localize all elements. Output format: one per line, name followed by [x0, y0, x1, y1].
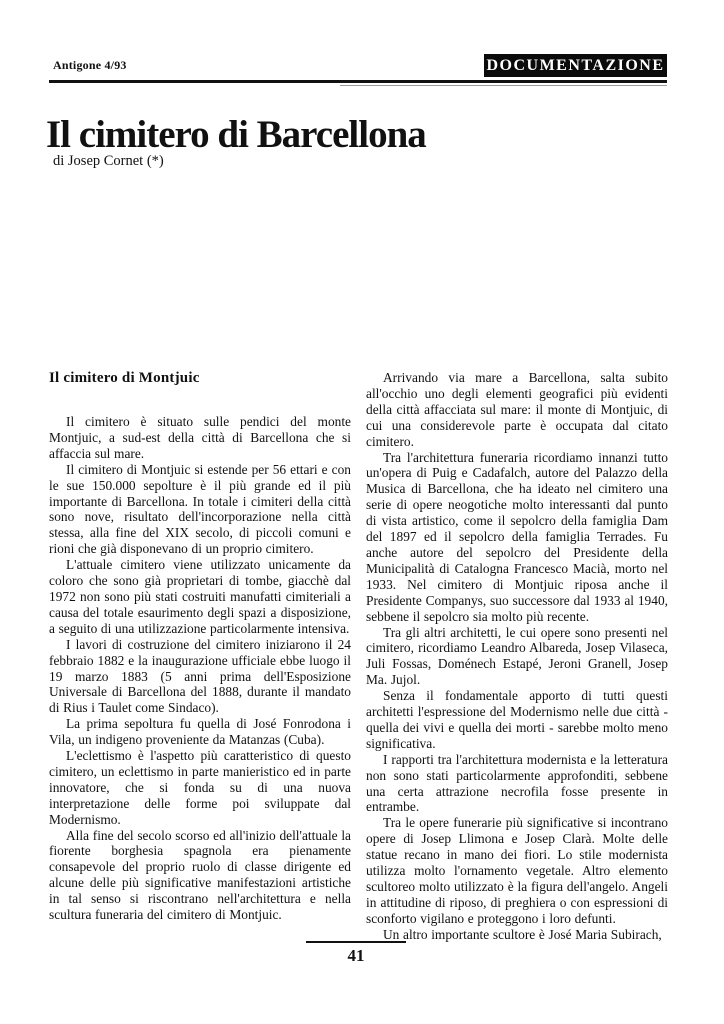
page-number: 41	[306, 946, 406, 966]
footer-divider	[306, 941, 406, 943]
paragraph: Tra gli altri architetti, le cui opere s…	[366, 625, 668, 689]
paragraph: Il cimitero è situato sulle pendici del …	[49, 414, 351, 462]
article-title: Il cimitero di Barcellona	[46, 112, 426, 157]
paragraph: L'attuale cimitero viene utilizzato unic…	[49, 557, 351, 637]
paragraph: Senza il fondamentale apporto di tutti q…	[366, 688, 668, 752]
journal-issue-label: Antigone 4/93	[53, 58, 127, 73]
right-column: Arrivando via mare a Barcellona, salta s…	[366, 370, 668, 943]
header-divider	[49, 80, 667, 83]
paragraph: La prima sepoltura fu quella di José Fon…	[49, 716, 351, 748]
paragraph: I lavori di costruzione del cimitero ini…	[49, 637, 351, 717]
paragraph: I rapporti tra l'architettura modernista…	[366, 752, 668, 816]
scanned-article-page: Antigone 4/93 DOCUMENTAZIONE Il cimitero…	[0, 0, 724, 1024]
paragraph: Tra l'architettura funeraria ricordiamo …	[366, 450, 668, 625]
paragraph: Alla fine del secolo scorso ed all'inizi…	[49, 828, 351, 923]
paragraph: Il cimitero di Montjuic si estende per 5…	[49, 462, 351, 557]
paragraph: L'eclettismo è l'aspetto più caratterist…	[49, 748, 351, 828]
paragraph: Arrivando via mare a Barcellona, salta s…	[366, 370, 668, 450]
section-badge: DOCUMENTAZIONE	[484, 54, 667, 77]
section-heading: Il cimitero di Montjuic	[49, 370, 351, 387]
paragraph: Tra le opere funerarie più significative…	[366, 815, 668, 926]
header-divider-shadow	[340, 85, 667, 86]
article-byline: di Josep Cornet (*)	[53, 153, 164, 170]
left-column: Il cimitero di Montjuic Il cimitero è si…	[49, 370, 351, 943]
paragraph: Un altro importante scultore è José Mari…	[366, 927, 668, 943]
article-body: Il cimitero di Montjuic Il cimitero è si…	[49, 370, 668, 943]
